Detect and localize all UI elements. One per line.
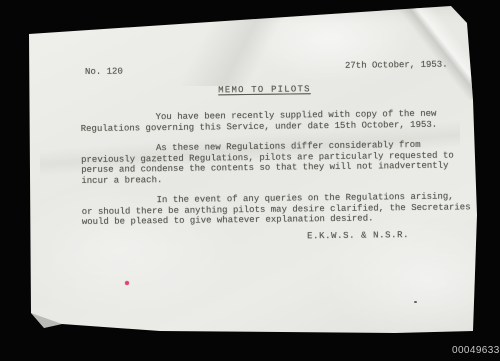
catalog-number: 00049633 — [452, 345, 500, 356]
paragraph-3: In the event of any queries on the Regul… — [82, 191, 458, 227]
memo-body: You have been recently supplied with cop… — [81, 108, 458, 237]
memo-signature-initials: E.K.W.S. & N.S.R. — [307, 230, 409, 242]
typewritten-text-layer: No. 120 27th October, 1953. MEMO TO PILO… — [0, 0, 500, 361]
paragraph-1: You have been recently supplied with cop… — [81, 108, 457, 134]
memo-title: MEMO TO PILOTS — [218, 84, 311, 96]
memo-reference-number: No. 120 — [85, 67, 123, 78]
paragraph-2: As these new Regulations differ consider… — [81, 139, 457, 186]
photograph-of-memo: No. 120 27th October, 1953. MEMO TO PILO… — [0, 0, 500, 361]
paper-sheet: No. 120 27th October, 1953. MEMO TO PILO… — [0, 0, 500, 361]
memo-date: 27th October, 1953. — [345, 60, 448, 72]
